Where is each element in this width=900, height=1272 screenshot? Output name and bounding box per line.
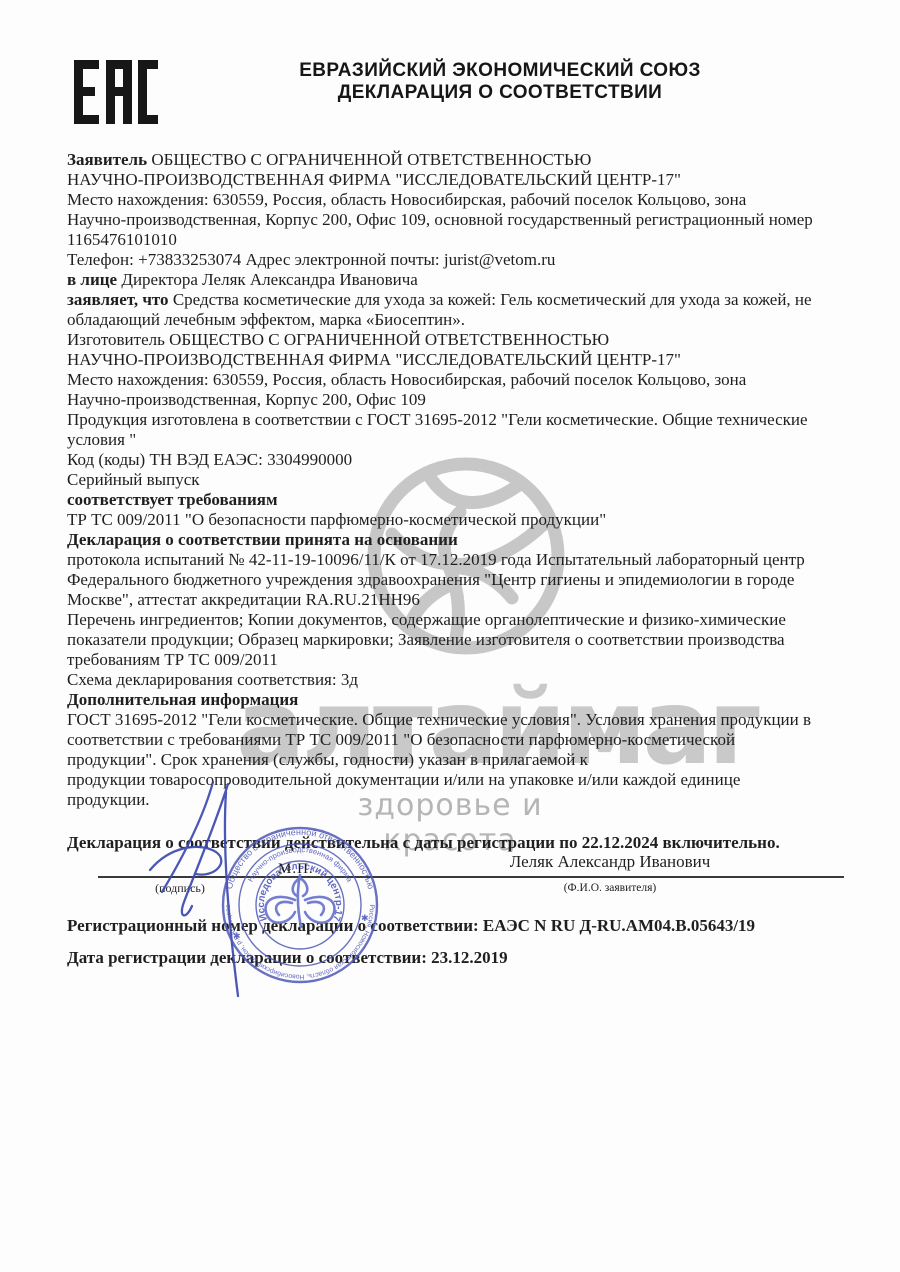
body-line: Место нахождения: 630559, Россия, област…	[67, 190, 867, 210]
stamp-center-emblem	[266, 875, 335, 927]
body-line: Заявитель ОБЩЕСТВО С ОГРАНИЧЕННОЙ ОТВЕТС…	[67, 150, 867, 170]
eac-logo	[74, 60, 158, 126]
body-line: НАУЧНО-ПРОИЗВОДСТВЕННАЯ ФИРМА "ИССЛЕДОВА…	[67, 350, 867, 370]
header-union-name: ЕВРАЗИЙСКИЙ ЭКОНОМИЧЕСКИЙ СОЮЗ	[200, 60, 800, 82]
body-line: обладающий лечебным эффектом, марка «Био…	[67, 310, 867, 330]
declarant-name: Леляк Александр Иванович	[450, 852, 770, 872]
header-doc-title: ДЕКЛАРАЦИЯ О СООТВЕТСТВИИ	[200, 82, 800, 104]
body-line: Изготовитель ОБЩЕСТВО С ОГРАНИЧЕННОЙ ОТВ…	[67, 330, 867, 350]
body-line: Научно-производственная, Корпус 200, Офи…	[67, 390, 867, 410]
body-line: Место нахождения: 630559, Россия, област…	[67, 370, 867, 390]
stamp-place-label: М.П.	[278, 861, 314, 878]
body-line: протокола испытаний № 42-11-19-10096/11/…	[67, 550, 867, 570]
body-line: соответствии с требованиями ТР ТС 009/20…	[67, 730, 867, 750]
body-line: Схема декларирования соответствия: 3д	[67, 670, 867, 690]
stamp-star-right: ✱	[361, 913, 369, 923]
body-line: показатели продукции; Образец маркировки…	[67, 630, 867, 650]
declaration-document-page: ЕВРАЗИЙСКИЙ ЭКОНОМИЧЕСКИЙ СОЮЗ ДЕКЛАРАЦИ…	[0, 0, 900, 1272]
body-line: соответствует требованиям	[67, 490, 867, 510]
body-line: Код (коды) ТН ВЭД ЕАЭС: 3304990000	[67, 450, 867, 470]
body-line: Серийный выпуск	[67, 470, 867, 490]
body-line: условия "	[67, 430, 867, 450]
body-line: Дополнительная информация	[67, 690, 867, 710]
stamp-star-left: ✱	[233, 931, 241, 941]
body-line: в лице Директора Леляк Александра Иванов…	[67, 270, 867, 290]
body-line: Декларация о соответствии принята на осн…	[67, 530, 867, 550]
document-body: Заявитель ОБЩЕСТВО С ОГРАНИЧЕННОЙ ОТВЕТС…	[67, 150, 867, 810]
declarant-fio-caption: (Ф.И.О. заявителя)	[520, 882, 700, 894]
body-line: Москве", аттестат аккредитации RA.RU.21Н…	[67, 590, 867, 610]
body-line: заявляет, что Средства косметические для…	[67, 290, 867, 310]
document-header: ЕВРАЗИЙСКИЙ ЭКОНОМИЧЕСКИЙ СОЮЗ ДЕКЛАРАЦИ…	[200, 60, 800, 103]
body-line: 1165476101010	[67, 230, 867, 250]
body-line: ТР ТС 009/2011 "О безопасности парфюмерн…	[67, 510, 867, 530]
body-line: Перечень ингредиентов; Копии документов,…	[67, 610, 867, 630]
body-line: Продукция изготовлена в соответствии с Г…	[67, 410, 867, 430]
body-line: Телефон: +73833253074 Адрес электронной …	[67, 250, 867, 270]
body-line: продукции". Срок хранения (службы, годно…	[67, 750, 867, 770]
body-line: требованиям ТР ТС 009/2011	[67, 650, 867, 670]
body-line: Научно-производственная, Корпус 200, Офи…	[67, 210, 867, 230]
company-stamp: Общество с ограниченной ответственностью…	[200, 805, 400, 1005]
body-line: ГОСТ 31695-2012 "Гели косметические. Общ…	[67, 710, 867, 730]
body-line: НАУЧНО-ПРОИЗВОДСТВЕННАЯ ФИРМА "ИССЛЕДОВА…	[67, 170, 867, 190]
body-line: Федерального бюджетного учреждения здрав…	[67, 570, 867, 590]
